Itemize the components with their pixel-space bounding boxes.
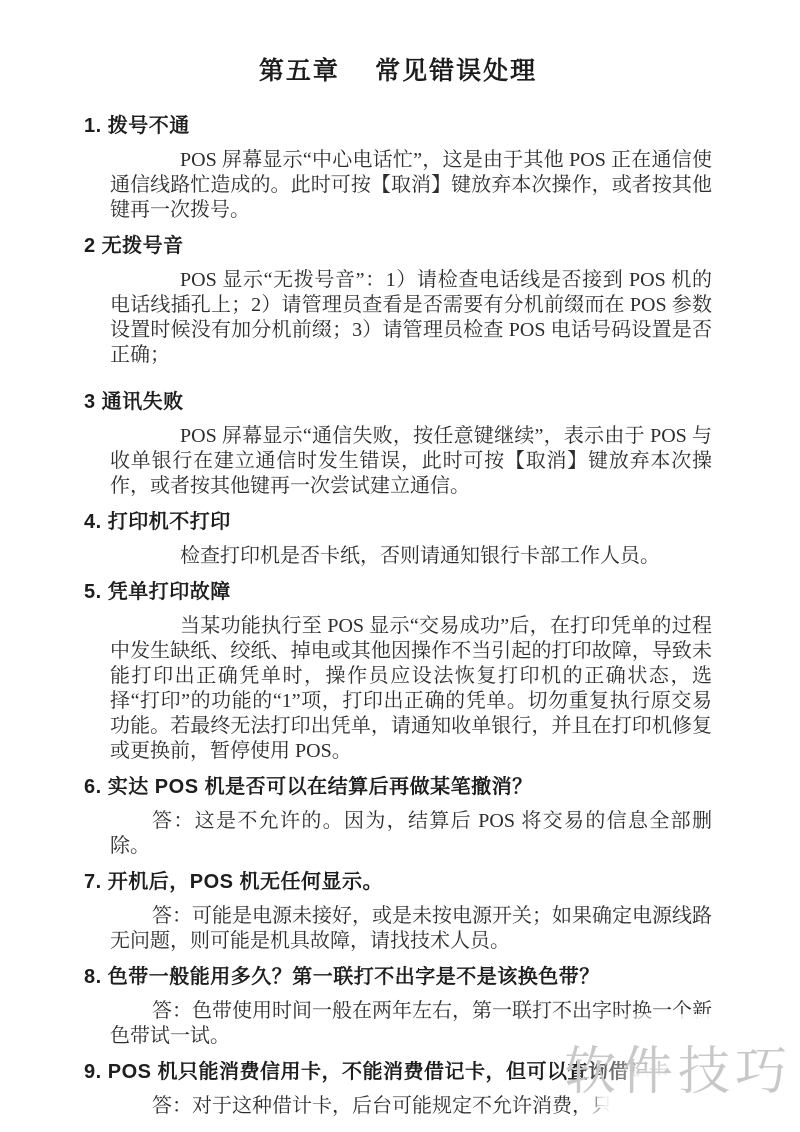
section-heading: 5. 凭单打印故障 xyxy=(84,580,712,604)
document-page: 第五章 常见错误处理 1. 拨号不通 POS 屏幕显示“中心电话忙”，这是由于其… xyxy=(0,0,800,1132)
section-comm-failure: 3 通讯失败 POS 屏幕显示“通信失败，按任意键继续”，表示由于 POS 与收… xyxy=(84,390,712,499)
section-paragraph: 当某功能执行至 POS 显示“交易成功”后，在打印凭单的过程中发生缺纸、绞纸、掉… xyxy=(110,614,712,764)
section-receipt-print-fault: 5. 凭单打印故障 当某功能执行至 POS 显示“交易成功”后，在打印凭单的过程… xyxy=(84,580,712,764)
chapter-title: 第五章 常见错误处理 xyxy=(84,55,712,88)
section-heading: 7. 开机后，POS 机无任何显示。 xyxy=(84,870,712,894)
section-no-display-on-boot: 7. 开机后，POS 机无任何显示。 答：可能是电源未接好，或是未按电源开关；如… xyxy=(84,870,712,954)
section-paragraph: 答：可能是电源未接好，或是未按电源开关；如果确定电源线路无问题，则可能是机具故障… xyxy=(110,904,712,954)
section-heading: 2 无拨号音 xyxy=(84,234,712,258)
section-void-after-settlement: 6. 实达 POS 机是否可以在结算后再做某笔撤消？ 答：这是不允许的。因为，结… xyxy=(84,775,712,859)
section-paragraph: 答：这是不允许的。因为，结算后 POS 将交易的信息全部删除。 xyxy=(110,809,712,859)
section-ribbon-lifetime: 8. 色带一般能用多久？第一联打不出字是不是该换色带？ 答：色带使用时间一般在两… xyxy=(84,965,712,1049)
section-paragraph: 答：色带使用时间一般在两年左右，第一联打不出字时换一个新色带试一试。 xyxy=(110,999,712,1049)
section-heading: 6. 实达 POS 机是否可以在结算后再做某笔撤消？ xyxy=(84,775,712,799)
section-dial-fail: 1. 拨号不通 POS 屏幕显示“中心电话忙”，这是由于其他 POS 正在通信使… xyxy=(84,114,712,223)
section-heading: 4. 打印机不打印 xyxy=(84,510,712,534)
section-paragraph: POS 显示“无拨号音”：1）请检查电话线是否接到 POS 机的电话线插孔上；2… xyxy=(110,268,712,368)
section-paragraph: POS 屏幕显示“通信失败，按任意键继续”，表示由于 POS 与收单银行在建立通… xyxy=(110,424,712,499)
section-heading: 1. 拨号不通 xyxy=(84,114,712,138)
heading-text: 9. POS 机只能消费信用卡，不能消费借记卡，但可以查询借 xyxy=(84,1061,629,1083)
section-paragraph: POS 屏幕显示“中心电话忙”，这是由于其他 POS 正在通信使通信线路忙造成的… xyxy=(110,148,712,223)
watermark: 软件技巧 xyxy=(564,1044,792,1100)
paragraph-text: 答：对于这种借计卡，后台可能规定不允许消费， xyxy=(152,1095,592,1117)
section-paragraph: 检查打印机是否卡纸，否则请通知银行卡部工作人员。 xyxy=(110,544,712,569)
section-heading: 8. 色带一般能用多久？第一联打不出字是不是该换色带？ xyxy=(84,965,712,989)
section-printer-not-printing: 4. 打印机不打印 检查打印机是否卡纸，否则请通知银行卡部工作人员。 xyxy=(84,510,712,569)
section-heading: 3 通讯失败 xyxy=(84,390,712,414)
section-no-dial-tone: 2 无拨号音 POS 显示“无拨号音”：1）请检查电话线是否接到 POS 机的电… xyxy=(84,234,712,368)
